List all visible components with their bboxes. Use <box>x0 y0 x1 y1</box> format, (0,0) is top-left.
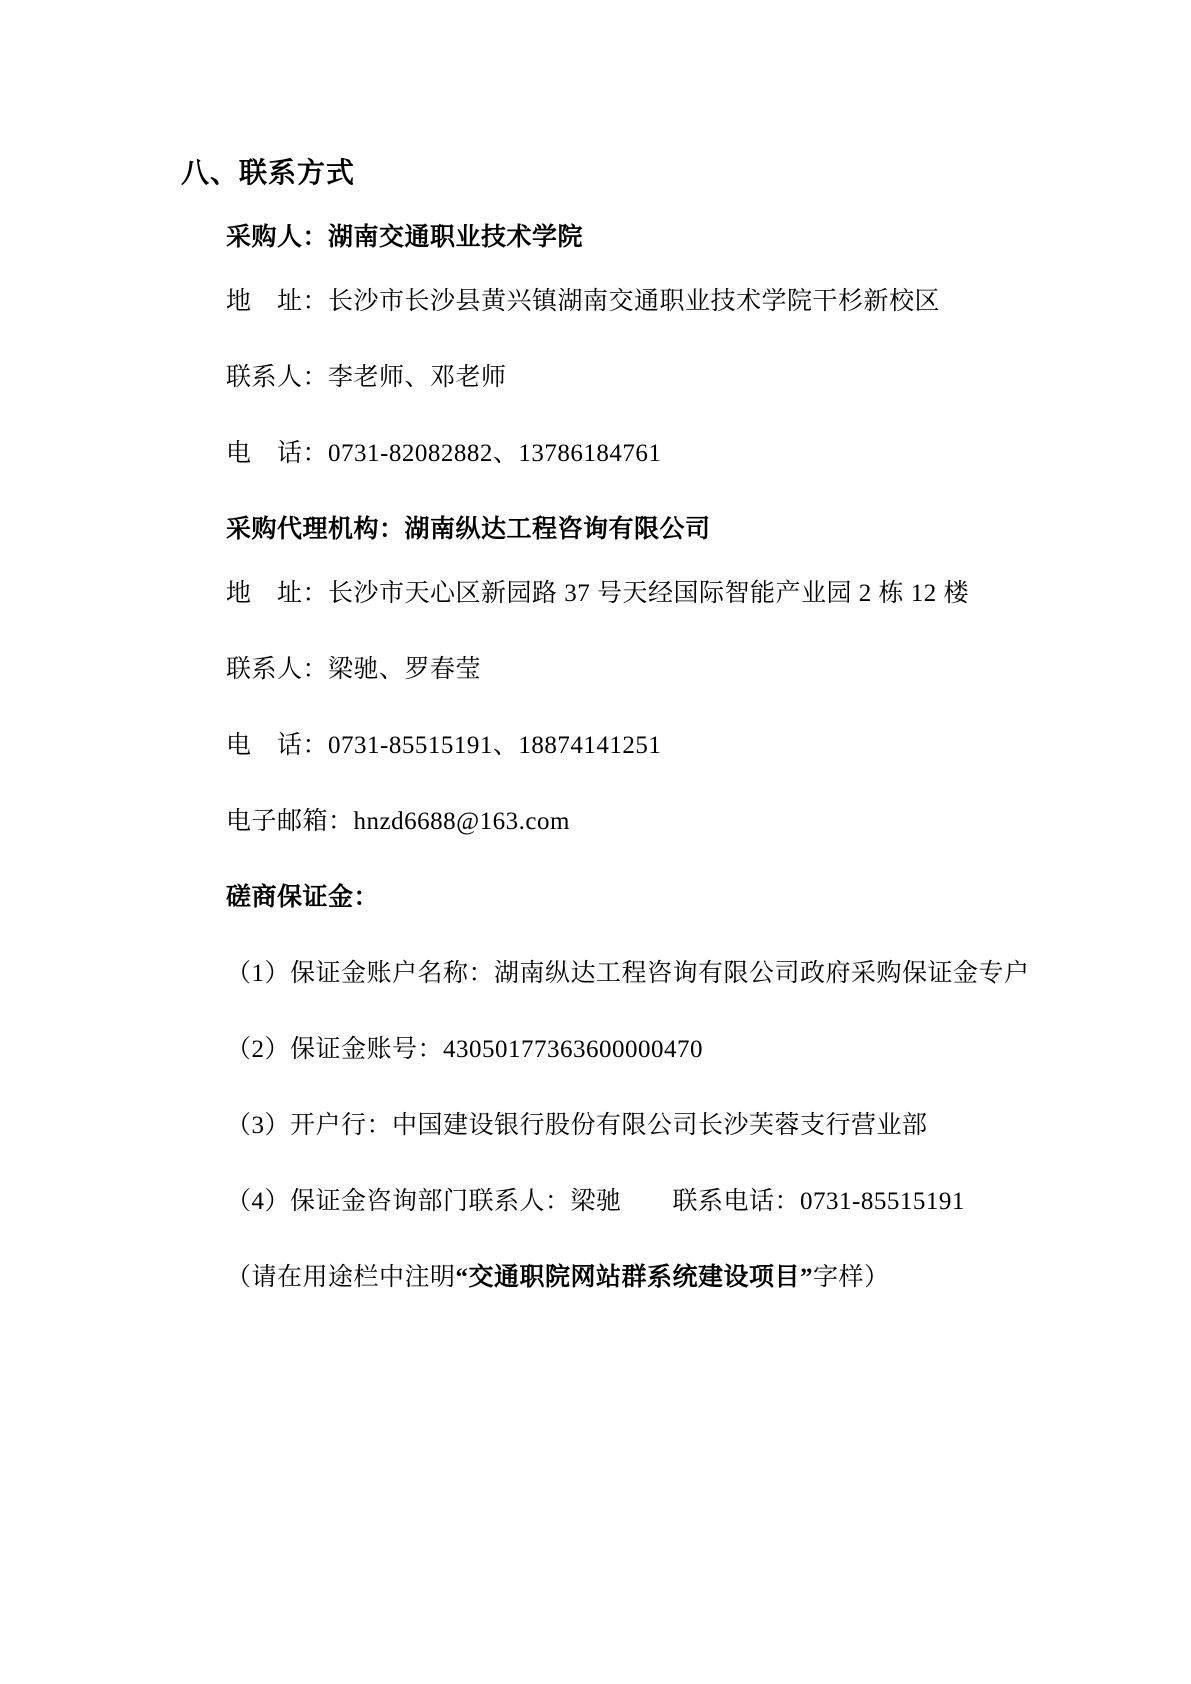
deposit-title: 磋商保证金： <box>226 882 1131 914</box>
purchaser-title: 采购人：湖南交通职业技术学院 <box>226 222 1131 254</box>
deposit-account-number: （2）保证金账号：43050177363600000470 <box>226 1034 1131 1066</box>
agency-phone: 电 话：0731-85515191、18874141251 <box>226 730 1131 762</box>
note-project-name: “交通职院网站群系统建设项目” <box>456 1264 814 1291</box>
deposit-contact-and-phone: （4）保证金咨询部门联系人：梁驰 联系电话：0731-85515191 <box>226 1186 1131 1218</box>
agency-contact-person: 联系人：梁驰、罗春莹 <box>226 654 1131 686</box>
purchaser-contact-person: 联系人：李老师、邓老师 <box>226 362 1131 394</box>
contact-info-section: 八、联系方式 采购人：湖南交通职业技术学院 地 址：长沙市长沙县黄兴镇湖南交通职… <box>181 157 1131 1338</box>
deposit-account-name: （1）保证金账户名称：湖南纵达工程咨询有限公司政府采购保证金专户 <box>226 958 1131 990</box>
purchaser-phone: 电 话：0731-82082882、13786184761 <box>226 438 1131 470</box>
deposit-bank: （3）开户行：中国建设银行股份有限公司长沙芙蓉支行营业部 <box>226 1110 1131 1142</box>
note-prefix: （请在用途栏中注明 <box>226 1264 456 1291</box>
deposit-usage-note: （请在用途栏中注明“交通职院网站群系统建设项目”字样） <box>226 1262 1131 1294</box>
purchaser-address: 地 址：长沙市长沙县黄兴镇湖南交通职业技术学院干杉新校区 <box>226 286 1131 318</box>
agency-address: 地 址：长沙市天心区新园路 37 号天经国际智能产业园 2 栋 12 楼 <box>226 578 1131 610</box>
section-body: 采购人：湖南交通职业技术学院 地 址：长沙市长沙县黄兴镇湖南交通职业技术学院干杉… <box>226 222 1131 1294</box>
section-heading: 八、联系方式 <box>181 157 1131 191</box>
agency-title: 采购代理机构：湖南纵达工程咨询有限公司 <box>226 514 1131 546</box>
note-suffix: 字样） <box>813 1264 890 1291</box>
agency-email: 电子邮箱：hnzd6688@163.com <box>226 806 1131 838</box>
document-page: 八、联系方式 采购人：湖南交通职业技术学院 地 址：长沙市长沙县黄兴镇湖南交通职… <box>0 0 1191 1684</box>
